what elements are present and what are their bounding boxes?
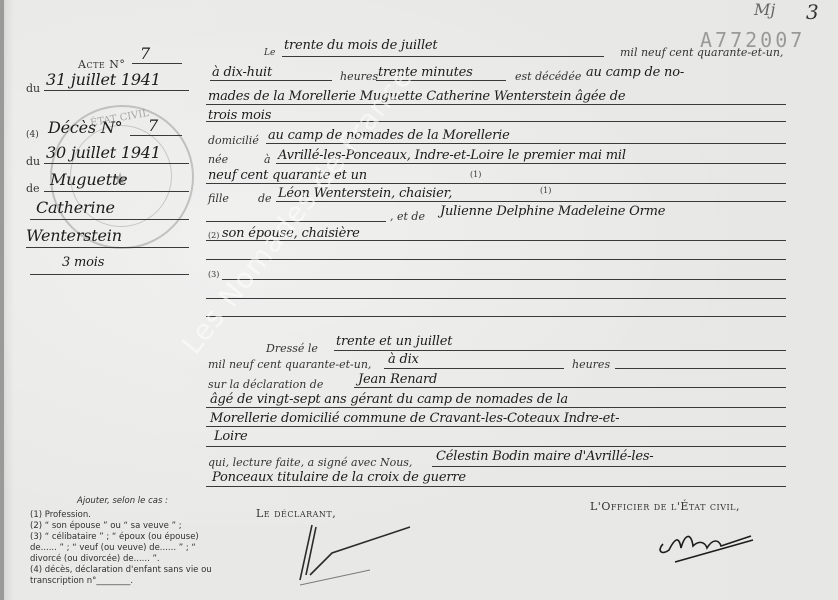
declarant-line-3: Loire — [214, 429, 248, 444]
domicile-text: au camp de nomades de la Morellerie — [268, 128, 510, 143]
dresse-date-text: trente et un juillet — [336, 334, 452, 349]
decede-label: est décédée — [515, 70, 581, 83]
year-text: mil neuf cent quarante-et-un, — [620, 46, 783, 59]
name-line-3: Wenterstein — [26, 226, 122, 245]
rule-officer-1 — [432, 466, 786, 467]
footnotes: Ajouter, selon le cas : (1) Profession. … — [30, 496, 215, 587]
rule-officer-2 — [206, 486, 786, 487]
officer-signature — [655, 522, 765, 567]
dresse-label: Dressé le — [266, 342, 318, 355]
rule-declarant-3 — [206, 446, 786, 447]
rule-dresse — [334, 350, 786, 351]
acte-date: 31 juillet 1941 — [46, 70, 161, 89]
du-label: du — [26, 82, 40, 95]
le-label: Le — [264, 48, 275, 58]
acte-date-rule — [44, 90, 189, 91]
age: 3 mois — [62, 255, 104, 270]
deces-label: Décès N° — [48, 118, 122, 137]
de-label: de — [26, 182, 40, 195]
footnote-2: (2) “ son épouse ” ou “ sa veuve ” ; — [30, 521, 215, 532]
dresse-heures-label: heures — [572, 358, 610, 371]
declarant-signature — [290, 515, 420, 590]
acte-number-rule — [132, 63, 182, 64]
death-place-2: mades de la Morellerie Muguette Catherin… — [208, 89, 625, 104]
declarant-name: Jean Renard — [358, 372, 437, 387]
father-de-label: de — [258, 192, 272, 205]
note-ref-1b: (1) — [540, 186, 551, 195]
footnote-1: (1) Profession. — [30, 510, 215, 521]
signed-label: qui, lecture faite, a signé avec Nous, — [208, 456, 412, 469]
death-place-1: au camp de no- — [586, 65, 684, 80]
dresse-time-text: à dix — [388, 352, 419, 367]
rule-date — [282, 56, 604, 57]
footnote-4: (4) décès, déclaration d'enfant sans vie… — [30, 565, 215, 587]
du-label-2: du — [26, 155, 40, 168]
name-line-2: Catherine — [36, 198, 115, 217]
dresse-year-text: mil neuf cent quarante-et-un, — [208, 358, 371, 371]
deces-number: 7 — [148, 116, 158, 135]
name-line-1: Muguette — [50, 170, 127, 189]
death-time-text: à dix-huit — [212, 65, 272, 80]
age-rule — [30, 274, 189, 275]
rule-dresse-heures — [615, 368, 786, 369]
deces-date: 30 juillet 1941 — [46, 143, 161, 162]
name-rule-1 — [44, 191, 189, 192]
page-binding-edge — [0, 0, 4, 600]
rule-birth-2 — [206, 183, 786, 184]
mother-text: Julienne Delphine Madeleine Orme — [440, 204, 665, 219]
note-ref-4: (4) — [26, 130, 39, 140]
declarant-line-2: Morellerie domicilié commune de Cravant-… — [210, 411, 619, 426]
note-ref-2: (2) — [208, 231, 219, 240]
page-number: 3 — [806, 0, 819, 24]
rule-time — [210, 80, 332, 81]
officer-label: L'Officier de l'État civil, — [590, 500, 740, 513]
fille-label: fille — [208, 192, 229, 205]
heures-label: heures — [340, 70, 378, 83]
deces-date-rule — [44, 163, 189, 164]
scanned-death-certificate: Mj 3 A772007 ÉTAT CIVIL ★ Acte N° 7 du 3… — [0, 0, 838, 600]
name-rule-2 — [30, 219, 189, 220]
rule-blank-1 — [206, 259, 786, 260]
acte-number: 7 — [140, 44, 150, 63]
rule-declarant-1 — [206, 407, 786, 408]
declaration-label: sur la déclaration de — [208, 378, 323, 391]
note-ref-3: (3) — [208, 270, 219, 279]
rule-place-2 — [206, 104, 786, 105]
officer-line-2: Ponceaux titulaire de la croix de guerre — [212, 470, 466, 485]
rule-blank-2 — [206, 298, 786, 299]
rule-declarant-2 — [206, 426, 786, 427]
nee-label: née — [208, 153, 228, 166]
footnote-3: (3) “ célibataire ” ; “ époux (ou épouse… — [30, 532, 215, 565]
death-date-text: trente du mois de juillet — [284, 38, 437, 53]
rule-dresse-time — [384, 368, 564, 369]
footnotes-title: Ajouter, selon le cas : — [30, 496, 215, 507]
domicile-label: domicilié — [208, 134, 259, 147]
rule-status — [222, 279, 786, 280]
et-de-label: , et de — [390, 210, 425, 223]
rule-declarant — [354, 387, 786, 388]
corner-initials: Mj — [754, 0, 775, 19]
rule-blank-3 — [206, 316, 786, 317]
name-rule-3 — [26, 247, 189, 248]
deces-number-rule — [130, 135, 182, 136]
officer-line-1: Célestin Bodin maire d'Avrillé-les- — [436, 449, 653, 464]
declarant-line-1: âgé de vingt-sept ans gérant du camp de … — [210, 392, 568, 407]
a-label: à — [264, 153, 271, 166]
rule-place-3 — [206, 121, 786, 122]
rule-father — [276, 201, 786, 202]
note-ref-1: (1) — [470, 170, 481, 179]
